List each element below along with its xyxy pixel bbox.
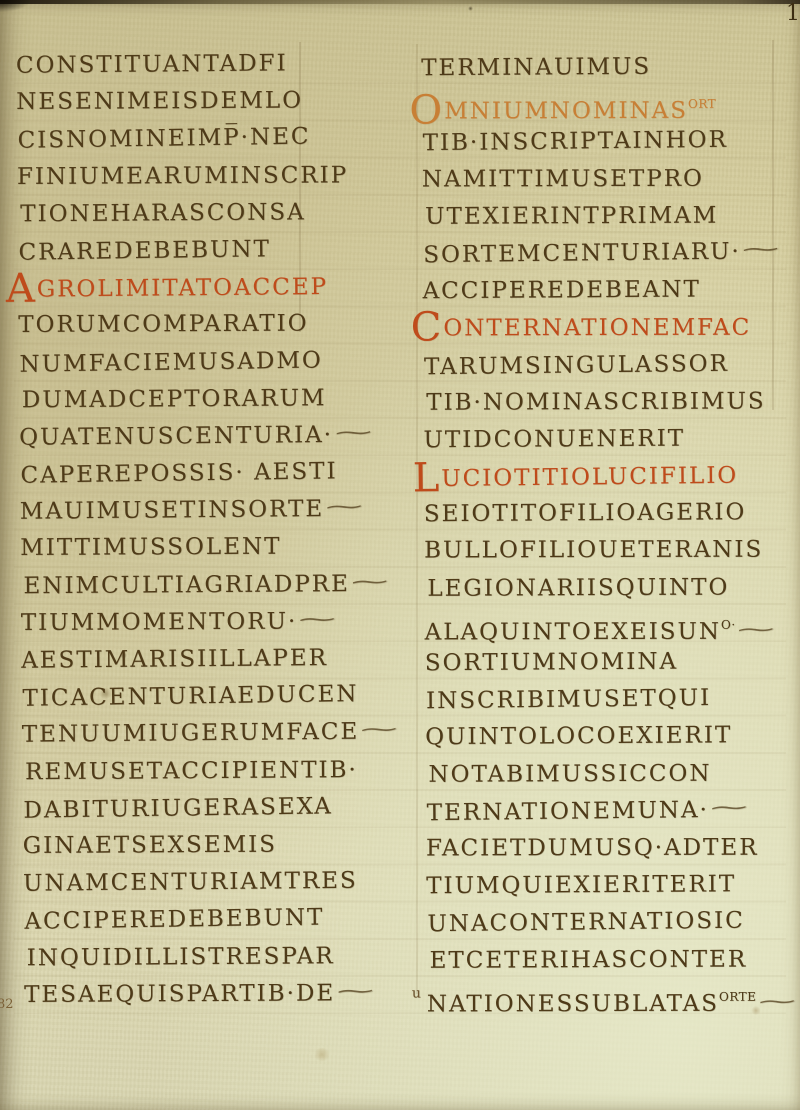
manuscript-line: ACCIPEREDEBEANT <box>422 271 800 311</box>
manuscript-line: FINIUMEARUMINSCRIP <box>17 157 409 196</box>
manuscript-line: UTIDCONUENERIT <box>423 420 800 460</box>
manuscript-line: ENIMCULTIAGRIADPRE~ <box>23 565 415 605</box>
folio-number-mark: 13 <box>786 1 800 26</box>
manuscript-line: DUMADCEPTORARUM <box>22 379 414 419</box>
parchment-stain <box>313 1048 331 1061</box>
manuscript-line: AESTIMARISIILLAPER <box>21 639 413 680</box>
rubric-initial-letter: C <box>411 305 443 351</box>
vertical-ruling <box>416 44 418 994</box>
text-column-left: CONSTITUANTADFINESENIMEISDEMLOCISNOMINEI… <box>16 44 416 1014</box>
manuscript-line: INSCRIBIMUSETQUI <box>426 679 800 721</box>
margin-correction-mark: u <box>412 986 421 1000</box>
manuscript-line: TERMINAUIMUS <box>421 48 800 88</box>
manuscript-line: INQUIDILLISTRESPAR <box>27 937 419 977</box>
line-filler-flourish: ~ <box>357 712 408 750</box>
manuscript-line: SORTIUMNOMINA <box>425 643 800 683</box>
margin-number-mark: 82 <box>0 997 14 1012</box>
manuscript-line: NOTABIMUSSICCON <box>428 755 800 794</box>
manuscript-line: TERNATIONEMUNA·~ <box>427 791 800 833</box>
line-filler-flourish: ~ <box>738 231 789 269</box>
page-corner-shadow <box>0 0 30 12</box>
manuscript-line: SORTEMCENTURIARU·~ <box>423 233 800 275</box>
line-filler-flourish: ~ <box>295 601 345 638</box>
manuscript-line: TIB·NOMINASCRIBIMUS <box>426 383 800 422</box>
superscript-abbreviation: ORT <box>688 97 716 111</box>
manuscript-line: UNACONTERNATIOSIC <box>427 902 800 944</box>
line-filler-flourish: ~ <box>322 489 373 527</box>
manuscript-line: NAMITTIMUSETPRO <box>422 160 800 198</box>
manuscript-line: ETCETERIHASCONTER <box>430 941 800 980</box>
manuscript-line: AGROLIMITATOACCEP <box>18 267 410 308</box>
manuscript-line: TIUMQUIEXIERITERIT <box>426 866 800 906</box>
manuscript-line: LEGIONARIISQUINTO <box>427 569 800 608</box>
page-top-edge-shadow <box>0 0 800 4</box>
manuscript-page: CONSTITUANTADFINESENIMEISDEMLOCISNOMINEI… <box>0 0 800 1110</box>
manuscript-line: TESAEQUISPARTIB·DE~ <box>24 975 416 1014</box>
manuscript-line: CRAREDEBEBUNT <box>18 229 410 272</box>
manuscript-line: QUATENUSCENTURIA·~ <box>19 416 411 457</box>
line-filler-flourish: ~ <box>706 789 757 827</box>
line-filler-flourish: ~ <box>348 563 398 601</box>
manuscript-line: LUCIOTITIOLUCIFILIO <box>424 456 800 498</box>
line-filler-flourish: ~ <box>331 414 382 452</box>
manuscript-line: NUMFACIEMUSADMO <box>19 341 411 384</box>
line-filler-flourish: ~ <box>754 983 800 1020</box>
manuscript-line: TIONEHARASCONSA <box>20 193 412 233</box>
manuscript-line: UTEXIERINTPRIMAM <box>425 197 800 236</box>
manuscript-line: MAUIMUSETINSORTE~ <box>20 491 412 532</box>
manuscript-line: BULLOFILIOUETERANIS <box>424 532 800 570</box>
manuscript-line: OMNIUMNOMINASORT <box>421 86 800 124</box>
manuscript-line: MITTIMUSSOLENT <box>20 528 412 567</box>
line-filler-flourish: ~ <box>333 973 383 1010</box>
manuscript-line: NATIONESSUBLATASORTE~u <box>427 978 800 1016</box>
manuscript-line: TENUUMIUGERUMFACE~ <box>22 714 414 755</box>
rubric-initial-letter: L <box>412 455 440 501</box>
manuscript-line: CONSTITUANTADFI <box>16 44 408 85</box>
manuscript-line: FACIETDUMUSQ·ADTER <box>426 829 800 867</box>
manuscript-line: SEIOTITOFILIOAGERIO <box>424 494 800 534</box>
manuscript-line: DABITURIUGERASEXA <box>23 787 415 830</box>
manuscript-line: TIUMMOMENTORU·~ <box>21 603 413 642</box>
manuscript-line: TORUMCOMPARATIO <box>18 305 410 344</box>
manuscript-line: ACCIPEREDEBEBUNT <box>24 899 416 942</box>
manuscript-line: CISNOMINEIMP̅·NEC <box>17 118 409 161</box>
rubric-initial-letter: A <box>6 266 36 312</box>
manuscript-line: REMUSETACCIPIENTIB· <box>25 751 417 791</box>
superscript-abbreviation: ORTE <box>719 989 756 1003</box>
parchment-stain <box>468 6 473 11</box>
manuscript-line: GINAETSEXSEMIS <box>23 826 415 865</box>
manuscript-line: TIB·INSCRIPTAINHOR <box>422 121 800 163</box>
manuscript-line: QUINTOLOCOEXIERIT <box>425 717 800 757</box>
text-column-right: TERMINAUIMUSOMNIUMNOMINASORTTIB·INSCRIPT… <box>421 48 800 1017</box>
manuscript-line: NESENIMEISDEMLO <box>16 82 408 121</box>
manuscript-line: ALAQUINTOEXEISUNO·~ <box>425 606 800 644</box>
manuscript-line: TARUMSINGULASSOR <box>424 344 800 386</box>
manuscript-line: UNAMCENTURIAMTRES <box>23 862 415 903</box>
manuscript-line: CONTERNATIONEMFAC <box>423 309 800 347</box>
